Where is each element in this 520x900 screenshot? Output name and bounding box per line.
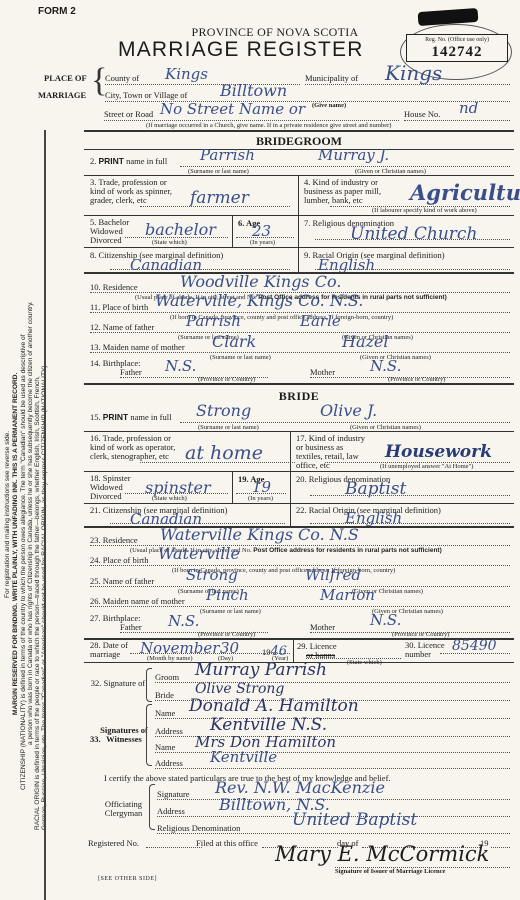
bride-signature: Olive Strong [195, 681, 284, 697]
bride-status-label: 18. Spinster Widowed Divorced [90, 474, 140, 501]
street-note: (If marriage occurred in a Church, give … [146, 122, 391, 129]
bride-father-surname: Strong [186, 566, 238, 584]
field-line [310, 522, 510, 524]
bride-surname: Strong [196, 401, 251, 420]
groom-father-given: Earle [300, 312, 341, 330]
in-years-hint: (In years) [250, 239, 275, 246]
divider [290, 471, 291, 503]
bride-father-label: 25. Name of father [90, 576, 154, 586]
divider [84, 247, 514, 248]
bride-religion[interactable]: Baptist [345, 479, 406, 499]
mother-label: Mother [310, 367, 335, 377]
witness2-address: Kentville [210, 748, 277, 766]
bride-father-birthplace: N.S. [168, 612, 199, 630]
bride-residence: Waterville Kings Co. N.S [160, 525, 359, 544]
divider [298, 215, 299, 247]
groom-mother-surname: Clark [212, 332, 256, 351]
bride-name-label: 15. PRINT name in full [90, 412, 171, 422]
signature-of-label: 32. Signature of [88, 679, 148, 688]
father-label: Father [120, 622, 142, 632]
clergy-denomination-field[interactable]: Religious Denomination United Baptist [157, 823, 510, 834]
province-hint: (Province or Country) [198, 376, 255, 383]
divider [290, 431, 291, 471]
groom-industry-label: 4. Kind of industry or business as paper… [304, 178, 399, 205]
divider [298, 175, 299, 215]
issuer-signature: Mary E. McCormick [275, 842, 489, 866]
witness1-address: Kentville N.S. [210, 715, 327, 735]
page-title: MARRIAGE REGISTER [118, 38, 364, 62]
industry-hint: (If unemployed answer "At Home") [380, 463, 473, 470]
bride-residence-field[interactable]: 23. Residence Waterville Kings Co. N.S [90, 535, 510, 546]
surname-hint: (Surname or last name) [198, 424, 259, 431]
registered-number-field[interactable] [146, 846, 202, 848]
officiating-clergyman-label: Officiating Clergyman [96, 800, 151, 818]
in-years-hint: (In years) [248, 495, 273, 502]
municipality-label: Municipality of [305, 73, 358, 83]
bride-industry-label: 17. Kind of industry or business as text… [296, 434, 366, 470]
bride-father-given: Wilfred [305, 566, 361, 584]
registered-number-label: Registered No. [88, 838, 139, 848]
groom-residence: Woodville Kings Co. [180, 272, 341, 291]
surname-hint: (Surname or last name) [210, 354, 271, 361]
groom-mother-birthplace: N.S. [370, 357, 401, 375]
street-field[interactable]: Street or Road No Street Name or [104, 109, 399, 121]
bride-age[interactable]: 19 [252, 478, 271, 496]
groom-signature-label: Groom [155, 672, 179, 682]
signature-label: Signature [157, 789, 190, 799]
groom-residence-label: 10. Residence [90, 282, 138, 292]
groom-industry[interactable]: Agriculture [410, 180, 520, 205]
divider [84, 503, 514, 504]
clergy-bracket [149, 784, 155, 830]
county-value: Kings [165, 65, 208, 83]
clergy-denomination: United Baptist [292, 810, 417, 830]
bride-mother-label: 26. Maiden name of mother [90, 596, 185, 606]
signature-bracket [146, 668, 152, 702]
registration-label: Reg. No. (Office use only) [407, 37, 507, 43]
groom-religion[interactable]: United Church [350, 224, 477, 244]
see-other-side-note: [SEE OTHER SIDE] [98, 876, 157, 882]
state-which-hint: (State which) [152, 495, 187, 502]
divider [84, 431, 514, 432]
groom-mother-label: 13. Maiden name of mother [90, 342, 185, 352]
divider [84, 471, 514, 472]
bride-birthplace-field[interactable]: 24. Place of birth Waterville [90, 555, 510, 566]
bride-birthplace: Waterville [158, 544, 240, 563]
surname-hint: (Surname or last name) [200, 608, 261, 615]
field-line [310, 494, 510, 496]
given-hint: (Given or Christian names) [350, 424, 421, 431]
bride-mother-surname: Pinch [206, 586, 249, 604]
father-label: Father [120, 367, 142, 377]
groom-mother-given: Hazel [342, 332, 389, 351]
bride-birthplace-label: 24. Place of birth [90, 555, 149, 565]
divider [290, 503, 291, 527]
groom-status-label: 5. Bachelor Widowed Divorced [90, 218, 140, 245]
municipality-value: Kings [385, 61, 442, 85]
groom-name-label: 2. PRINT name in full [90, 156, 167, 166]
witness2-address-field[interactable]: Address Kentville [155, 758, 510, 769]
margin-citizenship-definition: CITIZENSHIP (NATIONALITY) is defined in … [20, 335, 27, 790]
province-hint: (Province or Country) [388, 376, 445, 383]
mother-label: Mother [310, 622, 335, 632]
margin-citizenship-definition-2: a person who was born in Canada or who h… [27, 301, 34, 745]
groom-birthplace: Waterville, Kings Co. N.S. [155, 291, 363, 310]
province-hint: (Province or Country) [198, 631, 255, 638]
groom-marital-status[interactable]: bachelor [145, 220, 216, 239]
address-label: Address [155, 726, 183, 736]
groom-birthplace-label: 11. Place of birth [90, 302, 148, 312]
given-hint: (Given or Christian names) [355, 168, 426, 175]
bride-mother-birthplace: N.S. [370, 611, 401, 629]
clergy-signature-field[interactable]: Signature Rev. N.W. MacKenzie [157, 789, 510, 800]
bride-residence-label: 23. Residence [90, 535, 138, 545]
witness1-name-field[interactable]: Name Donald A. Hamilton [155, 708, 510, 719]
county-label: County of [105, 73, 139, 83]
licence-number[interactable]: 85490 [452, 638, 497, 654]
marriage-date-label: 28. Date of marriage [90, 641, 132, 659]
bride-trade-label: 16. Trade, profession or kind of work as… [90, 434, 185, 461]
licence-or-banns-field[interactable]: or banns [306, 650, 401, 659]
industry-hint: (If labourer specify kind of work above) [372, 207, 477, 214]
house-number-value: nd [459, 99, 478, 117]
groom-trade[interactable]: farmer [190, 188, 249, 208]
street-label: Street or Road [104, 109, 153, 119]
name-label: Name [155, 742, 175, 752]
bride-mother-given: Marion [320, 586, 375, 604]
margin-instructions: For registration and mailing instruction… [4, 431, 11, 598]
form-number: FORM 2 [38, 6, 76, 17]
registration-number-box: Reg. No. (Office use only) 142742 [406, 34, 508, 62]
filed-year-field[interactable] [491, 846, 510, 848]
bride-heading: BRIDE [84, 389, 514, 404]
house-number-label: House No. [404, 109, 440, 119]
name-label: Name [155, 708, 175, 718]
municipality-field[interactable]: Municipality of Kings [305, 73, 510, 85]
divider [298, 247, 299, 272]
house-number-field[interactable]: House No. nd [404, 109, 510, 121]
place-of-label: PLACE OF [44, 73, 87, 83]
bride-given-names: Olive J. [320, 401, 377, 420]
city-value: Billtown [220, 81, 287, 100]
margin-binding-note: MARGIN RESERVED FOR BINDING. WRITE PLAIN… [12, 373, 19, 715]
groom-given-names: Murray J. [318, 146, 389, 164]
divider [84, 130, 514, 132]
filed-label: Filed at this office [196, 838, 258, 848]
groom-mother-field[interactable]: 13. Maiden name of mother [90, 342, 510, 353]
month-hint: (Month by name) [147, 655, 193, 662]
state-which-hint: (State which) [152, 239, 187, 246]
witnesses-label: Signatures of Witnesses [100, 726, 148, 744]
groom-surname: Parrish [200, 146, 255, 164]
groom-signature: Murray Parrish [195, 660, 327, 680]
groom-father-birthplace: N.S. [165, 357, 196, 375]
divider [84, 215, 514, 216]
divider [84, 175, 514, 176]
street-value: No Street Name or [160, 100, 305, 118]
groom-father-surname: Parrish [186, 312, 241, 330]
province-hint: (Province or Country) [392, 631, 449, 638]
divider [293, 638, 294, 662]
divider [232, 471, 233, 503]
registration-number: 142742 [407, 44, 507, 61]
divider [84, 149, 514, 150]
witness1-name: Donald A. Hamilton [189, 696, 359, 716]
marriage-label: MARRIAGE [38, 90, 86, 100]
city-label: City, Town or Village of [105, 90, 187, 100]
denomination-label: Religious Denomination [157, 823, 240, 833]
divider [232, 215, 233, 247]
groom-trade-label: 3. Trade, profession or kind of work as … [90, 178, 180, 205]
divider [84, 383, 514, 385]
address-label: Address [155, 758, 183, 768]
give-name-hint: (Give name) [312, 102, 346, 109]
witness-bracket [146, 704, 152, 766]
issuer-signature-label: Signature of Issuer of Marriage Licence [335, 868, 445, 875]
groom-father-label: 12. Name of father [90, 322, 154, 332]
bride-signature-label: Bride [155, 690, 174, 700]
bride-industry[interactable]: Housework [385, 442, 492, 462]
margin-racial-definition: RACIAL ORIGIN is defined in terms of the… [34, 376, 41, 830]
witness2-name-field[interactable]: Name Mrs Don Hamilton [155, 742, 510, 753]
licence-number-label: 30. Licence number [405, 641, 447, 659]
bride-mother-field[interactable]: 26. Maiden name of mother [90, 596, 510, 607]
bridegroom-heading: BRIDEGROOM [84, 134, 514, 149]
bride-trade[interactable]: at home [185, 442, 263, 464]
groom-age[interactable]: 23 [252, 222, 271, 240]
bride-father-field[interactable]: 25. Name of father [90, 576, 510, 587]
surname-hint: (Surname or last name) [188, 168, 249, 175]
address-label: Address [157, 806, 185, 816]
